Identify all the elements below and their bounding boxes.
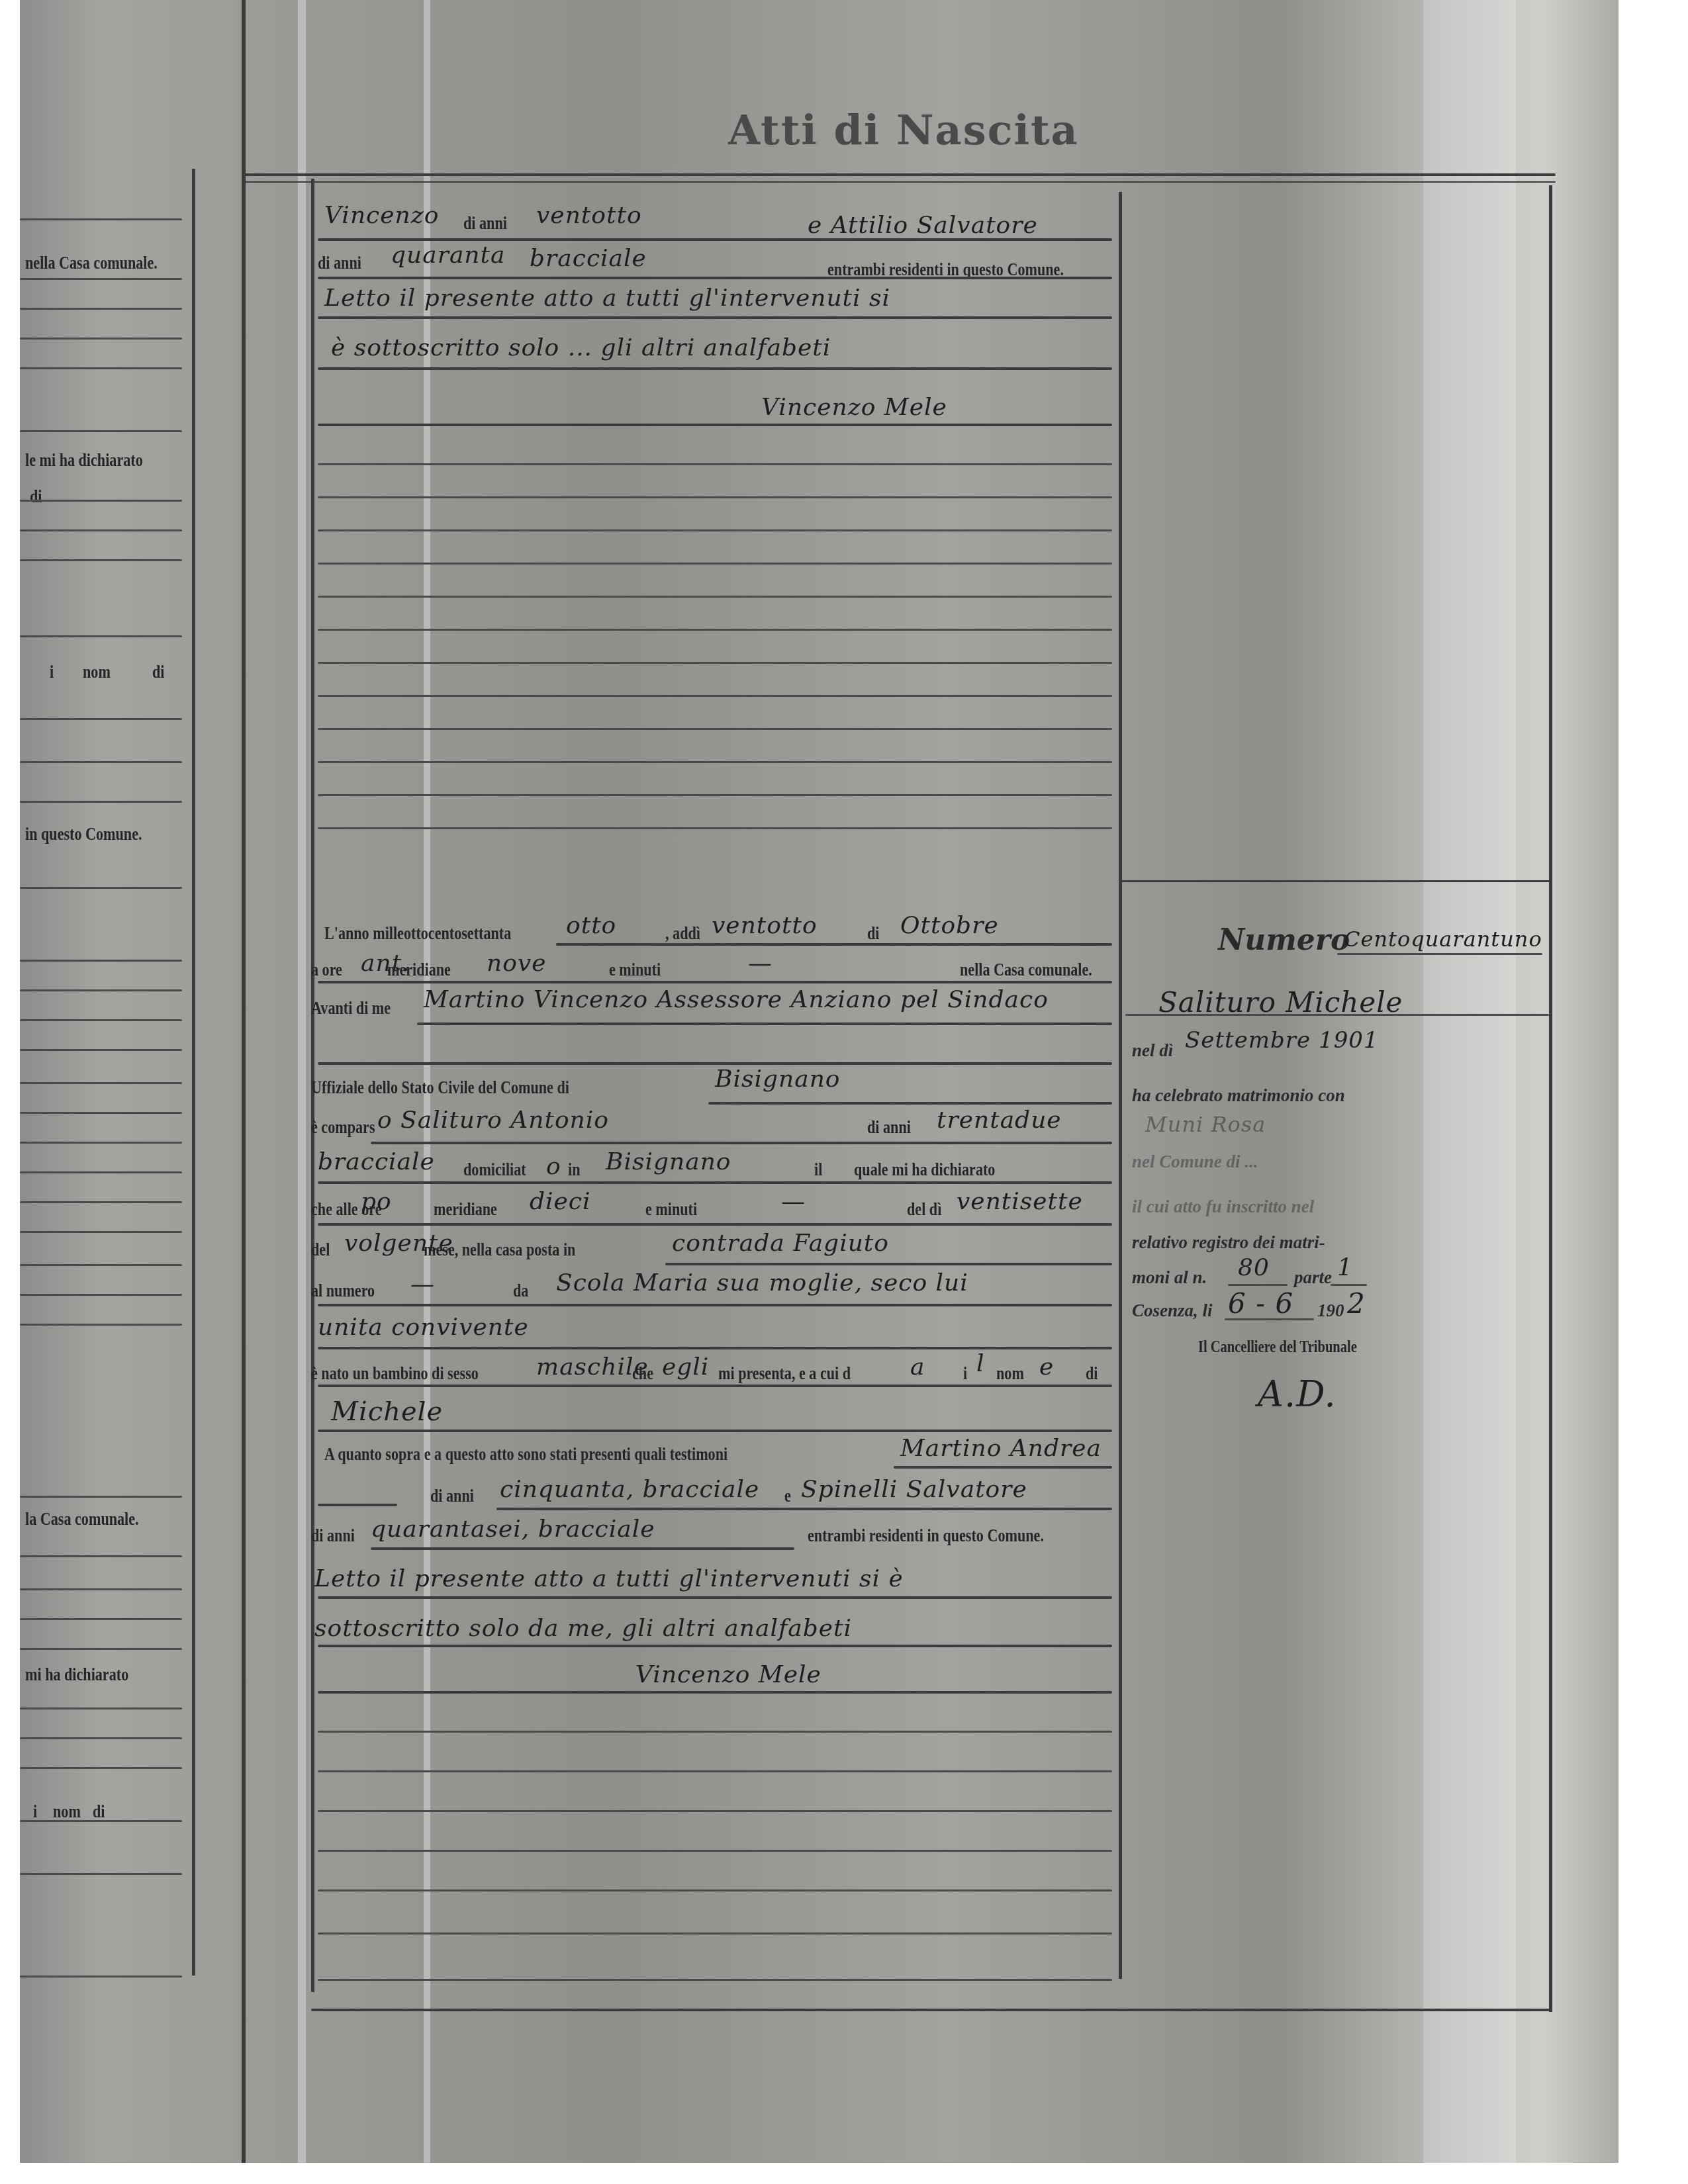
- margin-year-suffix: 2: [1347, 1287, 1366, 1320]
- rule: [20, 559, 182, 561]
- hw-day: ventotto: [712, 912, 818, 939]
- printed-avanti-di-me: Avanti di me: [311, 998, 391, 1019]
- rule: [371, 1547, 794, 1550]
- rule: [20, 1324, 182, 1326]
- rule: [20, 718, 182, 720]
- left-printed-fragment: nella Casa comunale.: [25, 253, 158, 273]
- printed-quale-dichiarato: quale mi ha dichiarato: [854, 1160, 995, 1180]
- rule: [1337, 953, 1542, 955]
- rule: [318, 238, 1112, 241]
- hw-birth-ampm: po: [361, 1188, 392, 1215]
- left-printed-fragment: nom: [53, 1801, 81, 1822]
- rule: [20, 1264, 182, 1266]
- rule: [318, 1645, 1112, 1647]
- left-printed-fragment: di: [152, 662, 164, 682]
- rule: [318, 1979, 1112, 1981]
- printed-anno: L'anno milleottocentosettanta: [324, 923, 511, 944]
- rule: [318, 1731, 1112, 1733]
- rule: [20, 1231, 182, 1233]
- hw-top-line1-b: ventotto: [536, 202, 642, 229]
- rule: [318, 1347, 1112, 1349]
- hw-egli: egli: [662, 1353, 709, 1381]
- margin-place: Cosenza, li: [1132, 1300, 1213, 1321]
- hw-month: Ottobre: [900, 912, 999, 939]
- hw-occupation: bracciale: [318, 1148, 435, 1175]
- printed-da: da: [513, 1281, 528, 1301]
- hw-a: a: [910, 1353, 925, 1381]
- printed-a-ore: a ore: [311, 960, 342, 980]
- rule: [20, 367, 182, 369]
- printed-e-compars: è compars: [311, 1117, 375, 1138]
- margin-registered-3: moni al n.: [1132, 1267, 1207, 1288]
- hw-top-line2-b: bracciale: [530, 245, 647, 272]
- printed-del-di: del dì: [907, 1199, 941, 1220]
- rule: [318, 1385, 1112, 1387]
- rule: [20, 1648, 182, 1650]
- page-title: Atti di Nascita: [728, 106, 1079, 154]
- rule: [20, 960, 182, 962]
- rule: [318, 761, 1112, 763]
- rule: [20, 1588, 182, 1590]
- rule: [20, 1873, 182, 1875]
- rule: [20, 430, 182, 432]
- printed-del: del: [311, 1240, 330, 1260]
- printed-al-numero: al numero: [311, 1281, 375, 1301]
- rule: [318, 367, 1112, 370]
- rule: [20, 989, 182, 991]
- rule: [20, 1496, 182, 1498]
- rule: [318, 794, 1112, 796]
- rule: [20, 1555, 182, 1557]
- hw-witness1: Martino Andrea: [900, 1435, 1102, 1462]
- rule: [20, 1049, 182, 1051]
- scan-streak: [298, 0, 306, 2163]
- printed-il: il: [814, 1160, 822, 1180]
- rule: [20, 1082, 182, 1084]
- hw-top-line1-a: Vincenzo: [324, 202, 439, 229]
- printed-meridiane: meridiane: [434, 1199, 497, 1220]
- rule: [318, 277, 1112, 279]
- rule: [318, 1596, 1112, 1599]
- rule: [318, 1850, 1112, 1852]
- rule: [708, 1102, 1112, 1105]
- rule: [20, 1142, 182, 1144]
- hw-year: otto: [566, 912, 616, 939]
- hw-convivente: unita convivente: [318, 1314, 529, 1341]
- hw-main-signature: Vincenzo Mele: [635, 1661, 821, 1688]
- margin-celebrato-label: ha celebrato matrimonio con: [1132, 1085, 1345, 1106]
- margin-spouse: Muni Rosa: [1145, 1112, 1266, 1137]
- margin-nel-di-label: nel dì: [1132, 1040, 1173, 1061]
- printed-nom: nom: [996, 1363, 1024, 1384]
- printed-i: i: [963, 1363, 967, 1384]
- rule: [318, 316, 1112, 319]
- hw-top-line1-c: e Attilio Salvatore: [808, 212, 1038, 239]
- rule: [318, 728, 1112, 730]
- hw-e: e: [1039, 1353, 1054, 1381]
- printed-di: di: [867, 923, 879, 944]
- margin-nel-di-value: Settembre 1901: [1185, 1027, 1379, 1054]
- rule: [318, 1933, 1112, 1934]
- hw-top-signature: Vincenzo Mele: [761, 394, 947, 421]
- hw-top-line4: è sottoscritto solo ... gli altri analfa…: [331, 334, 831, 361]
- printed-di-anni: di anni: [430, 1486, 474, 1506]
- rule: [20, 218, 182, 220]
- rule: [20, 1019, 182, 1021]
- rule: [20, 887, 182, 889]
- rule: [318, 1223, 1112, 1226]
- left-printed-fragment: di: [93, 1801, 105, 1822]
- hw-birth-minutes: —: [781, 1188, 806, 1215]
- hw-minutes: —: [748, 950, 773, 977]
- margin-signature-mark: A.D.: [1258, 1373, 1336, 1415]
- printed-di-anni: di anni: [311, 1525, 355, 1546]
- rule: [318, 1504, 397, 1506]
- binding-line: [242, 0, 246, 2163]
- rule: [318, 563, 1112, 565]
- margin-date: 6 - 6: [1228, 1287, 1293, 1320]
- printed-e-minuti: e minuti: [609, 960, 661, 980]
- hw-witness1-age: cinquanta, bracciale: [500, 1476, 759, 1503]
- rule: [318, 1810, 1112, 1812]
- left-printed-fragment: le mi ha dichiarato: [25, 450, 143, 471]
- rule: [20, 529, 182, 531]
- main-box-right-border: [1119, 192, 1122, 1979]
- rule: [20, 1767, 182, 1769]
- hw-closing-2: sottoscritto solo da me, gli altri analf…: [314, 1615, 852, 1642]
- rule: [318, 496, 1112, 498]
- printed-di-anni: di anni: [463, 213, 507, 234]
- printed-residenti: entrambi residenti in questo Comune.: [808, 1525, 1044, 1546]
- rule: [20, 1707, 182, 1709]
- hw-witness2-age: quarantasei, bracciale: [371, 1516, 655, 1543]
- printed-addi: , addì: [665, 923, 700, 944]
- hw-mother: Scola Maria sua moglie, seco lui: [556, 1269, 968, 1297]
- hw-birth-day: ventisette: [957, 1188, 1083, 1215]
- left-printed-fragment: di: [30, 486, 42, 507]
- margin-parte-value: 1: [1337, 1254, 1353, 1281]
- left-printed-fragment: mi ha dichiarato: [25, 1664, 128, 1685]
- rule: [318, 1062, 1112, 1065]
- header-rule-2: [245, 181, 1556, 183]
- margin-faded-line: nel Comune di ...: [1132, 1152, 1258, 1172]
- margin-signatory: Il Cancelliere del Tribunale: [1198, 1338, 1357, 1357]
- printed-meridiane: meridiane: [387, 960, 451, 980]
- left-column-border: [192, 169, 195, 1976]
- printed-e-minuti: e minuti: [645, 1199, 697, 1220]
- printed-mi-presenta: mi presenta, e a cui d: [718, 1363, 851, 1384]
- hw-officer: Martino Vincenzo Assessore Anziano pel S…: [424, 986, 1049, 1013]
- hw-comune: Bisignano: [715, 1066, 841, 1093]
- printed-che: che: [632, 1363, 653, 1384]
- rule: [20, 500, 182, 502]
- printed-ufficiale: Uffiziale dello Stato Civile del Comune …: [311, 1077, 569, 1098]
- rule: [20, 801, 182, 803]
- hw-address: contrada Fagiuto: [672, 1230, 889, 1257]
- rule: [318, 424, 1112, 426]
- scan-streak: [1423, 0, 1516, 2163]
- rule: [20, 1201, 182, 1203]
- hw-top-line3: Letto il presente atto a tutti gl'interv…: [324, 285, 890, 312]
- printed-di-anni: di anni: [867, 1117, 911, 1138]
- printed-mese-casa: mese, nella casa posta in: [424, 1240, 575, 1260]
- rule: [318, 662, 1112, 664]
- margin-numero-label: Numero: [1218, 923, 1350, 957]
- rule: [20, 1820, 182, 1822]
- rule: [20, 338, 182, 340]
- printed-casa-comunale: nella Casa comunale.: [960, 960, 1092, 980]
- hw-child-name: Michele: [331, 1396, 443, 1427]
- rule: [318, 596, 1112, 598]
- rule: [20, 308, 182, 310]
- hw-top-line2-a: quaranta: [391, 242, 505, 269]
- printed-di: di: [1086, 1363, 1098, 1384]
- bottom-rule: [311, 2009, 1552, 2011]
- rule: [20, 1737, 182, 1739]
- rule: [1125, 1014, 1549, 1016]
- margin-registered-1: il cui atto fu inscritto nel: [1132, 1197, 1314, 1217]
- rule: [318, 629, 1112, 631]
- rule: [1331, 1284, 1367, 1286]
- rule: [20, 1171, 182, 1173]
- left-printed-fragment: nom: [83, 662, 111, 682]
- left-printed-fragment: in questo Comune.: [25, 824, 142, 844]
- rule: [371, 1142, 1112, 1144]
- rule: [318, 981, 1112, 983]
- margin-registered-2: relativo registro dei matri-: [1132, 1232, 1325, 1253]
- margin-divider: [1119, 880, 1552, 882]
- left-printed-fragment: i: [33, 1801, 37, 1822]
- rule: [318, 1691, 1112, 1694]
- hw-house-number: —: [410, 1271, 435, 1298]
- rule: [1228, 1284, 1288, 1286]
- rule: [20, 1618, 182, 1620]
- hw-domiciliat-ending: o: [546, 1153, 561, 1180]
- rule: [556, 943, 1112, 946]
- printed-e: e: [784, 1486, 791, 1506]
- left-printed-fragment: la Casa comunale.: [25, 1509, 139, 1529]
- hw-domicile: Bisignano: [606, 1148, 731, 1175]
- hw-declarant-age: trentadue: [937, 1107, 1062, 1134]
- rule: [318, 529, 1112, 531]
- hw-l: l: [976, 1350, 985, 1377]
- rule: [318, 1181, 1112, 1184]
- rule: [318, 1770, 1112, 1772]
- printed-e-nato: è nato un bambino di sesso: [311, 1363, 479, 1384]
- rule: [318, 463, 1112, 465]
- margin-right-border: [1549, 185, 1552, 2012]
- rule: [318, 1304, 1112, 1306]
- margin-register-number: 80: [1238, 1254, 1270, 1281]
- rule: [665, 1263, 1112, 1265]
- rule: [417, 1023, 1112, 1025]
- printed-in: in: [568, 1160, 580, 1180]
- left-printed-fragment: i: [50, 662, 54, 682]
- printed-testimoni: A quanto sopra e a questo atto sono stat…: [324, 1444, 727, 1465]
- margin-year-prefix: 190: [1317, 1300, 1344, 1321]
- rule: [496, 1508, 1112, 1510]
- hw-witness2: Spinelli Salvatore: [801, 1476, 1027, 1503]
- margin-numero-value: Centoquarantuno: [1344, 927, 1542, 952]
- header-rule: [245, 173, 1556, 176]
- hw-birth-hour: dieci: [530, 1188, 591, 1215]
- hw-declarant: o Salituro Antonio: [377, 1107, 609, 1134]
- rule: [20, 1294, 182, 1296]
- rule: [318, 827, 1112, 829]
- rule: [20, 1112, 182, 1114]
- margin-parte-label: parte: [1294, 1267, 1332, 1288]
- rule: [20, 278, 182, 280]
- rule: [1225, 1318, 1314, 1320]
- rule: [20, 761, 182, 763]
- printed-domiciliat: domiciliat: [463, 1160, 526, 1180]
- hw-hour: nove: [487, 950, 547, 977]
- rule: [318, 695, 1112, 697]
- hw-closing-1: Letto il presente atto a tutti gl'interv…: [314, 1565, 904, 1592]
- rule: [20, 635, 182, 637]
- rule: [894, 1466, 1112, 1469]
- rule: [20, 1976, 182, 1978]
- printed-di-anni: di anni: [318, 253, 361, 273]
- rule: [318, 1430, 1112, 1432]
- rule: [318, 1889, 1112, 1891]
